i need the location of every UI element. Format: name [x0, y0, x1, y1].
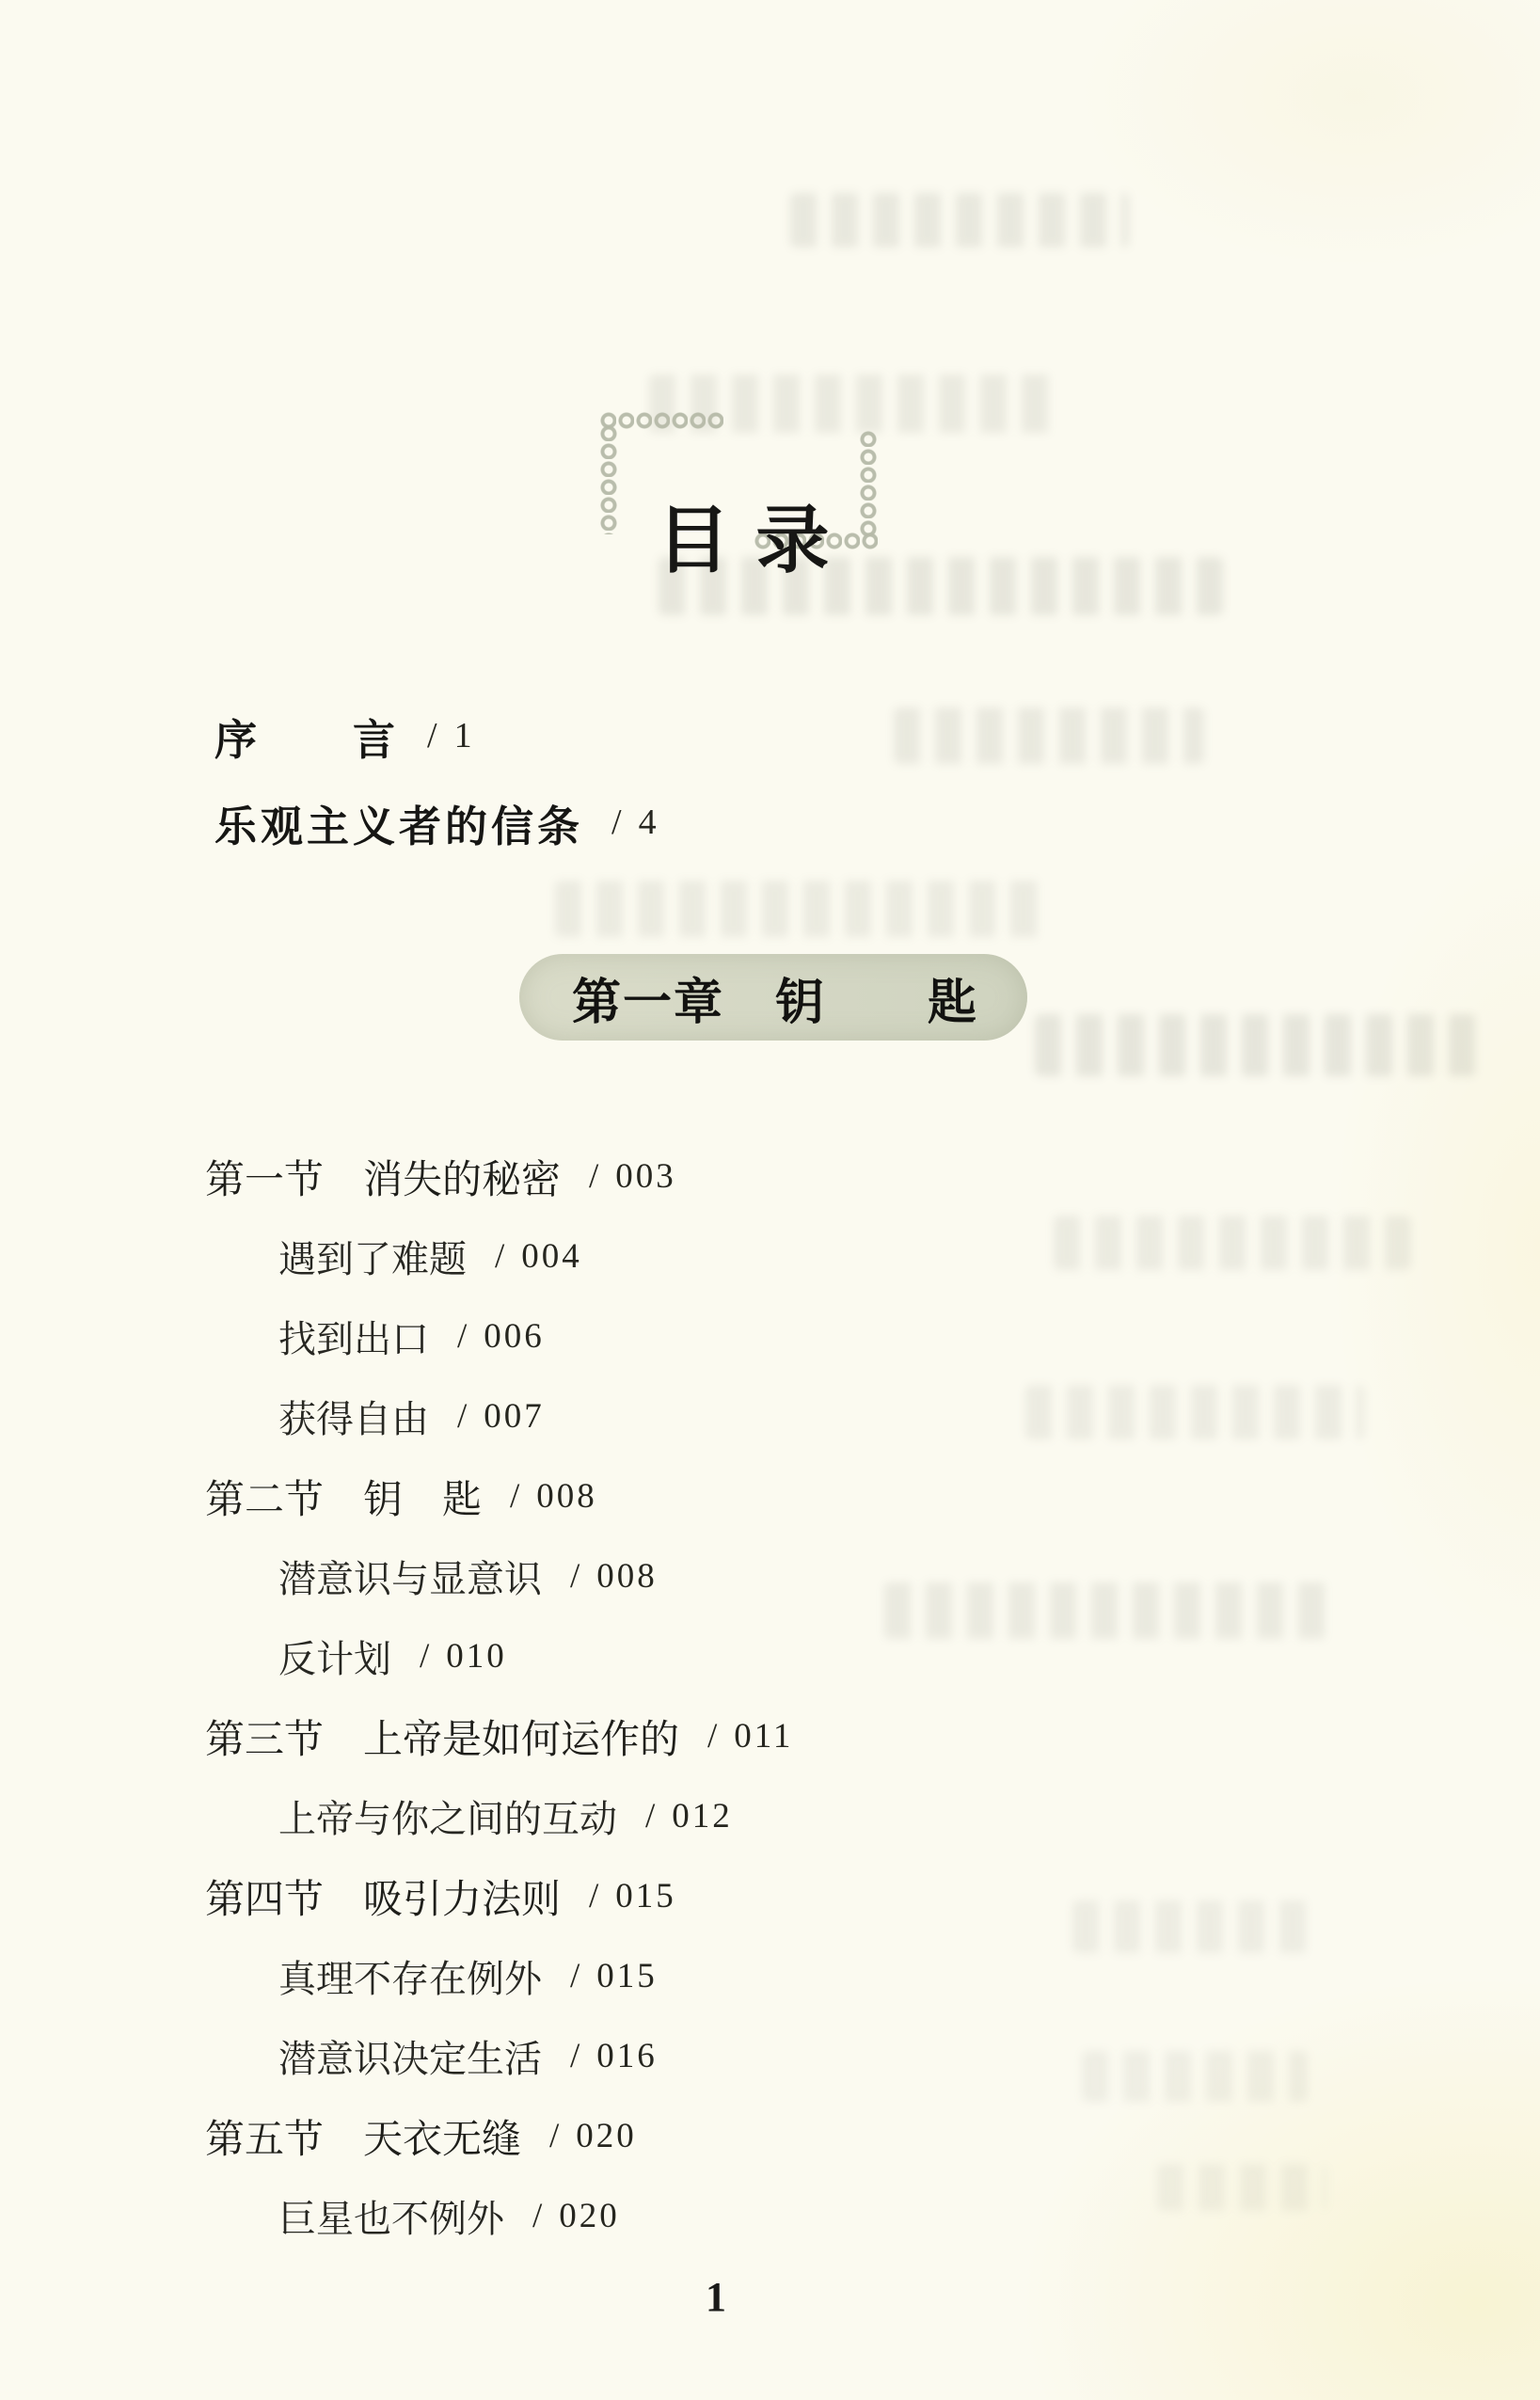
entry-label: 获得自由	[278, 1390, 429, 1443]
bleed-through-smudge	[884, 1582, 1326, 1639]
entry-page-number: /008	[510, 1476, 597, 1517]
page-title: 目 录	[657, 482, 834, 587]
bleed-through-smudge	[790, 193, 1129, 247]
entry-page-number: /4	[611, 802, 659, 843]
entry-label: 找到出口	[278, 1310, 429, 1363]
chapter-heading: 第一章 钥 匙	[519, 954, 1027, 1041]
toc-section-entry: 第二节 钥 匙/008	[205, 1456, 793, 1536]
entry-page-number: /020	[549, 2116, 637, 2156]
entry-label: 上帝与你之间的互动	[278, 1789, 617, 1843]
toc-subsection-entry: 找到出口/006	[205, 1296, 793, 1376]
toc-entry-preface: 序 言 /1	[214, 692, 659, 779]
entry-label: 第四节 吸引力法则	[205, 1868, 561, 1925]
entry-page-number: /004	[495, 1236, 582, 1277]
bleed-through-smudge	[1054, 1216, 1411, 1270]
toc-entry-optimist-creed: 乐观主义者的信条 /4	[214, 779, 659, 866]
bleed-through-smudge	[1035, 1014, 1477, 1076]
bleed-through-smudge	[1025, 1385, 1364, 1439]
entry-page-number: /015	[570, 1956, 658, 1996]
entry-page-number: /015	[589, 1876, 676, 1916]
entry-page-number: /012	[645, 1796, 733, 1836]
entry-page-number: /016	[570, 2036, 658, 2076]
bleed-through-smudge	[1082, 2051, 1308, 2102]
entry-label: 真理不存在例外	[278, 1949, 542, 2003]
entry-label: 潜意识与显意识	[278, 1550, 542, 1603]
page-number: 1	[706, 2273, 726, 2321]
page-title-block: 目 录	[598, 410, 881, 553]
toc-section-entry: 第三节 上帝是如何运作的/011	[205, 1696, 793, 1776]
toc-section-entry: 第一节 消失的秘密/003	[205, 1136, 793, 1216]
entry-label: 反计划	[278, 1629, 391, 1683]
entry-label: 乐观主义者的信条	[214, 792, 583, 853]
toc-subsection-entry: 巨星也不例外/020	[205, 2176, 793, 2256]
toc-section-entry: 第四节 吸引力法则/015	[205, 1856, 793, 1936]
toc-subsection-entry: 真理不存在例外/015	[205, 1936, 793, 2016]
entry-label: 第一节 消失的秘密	[205, 1149, 561, 1205]
scroll-ornament-bottom-right-icon	[858, 429, 879, 536]
entry-page-number: /007	[457, 1396, 545, 1437]
toc-subsection-entry: 潜意识与显意识/008	[205, 1536, 793, 1616]
entry-page-number: /010	[420, 1636, 507, 1677]
toc-subsection-entry: 遇到了难题/004	[205, 1216, 793, 1296]
chapter-heading-label: 第一章 钥 匙	[572, 962, 978, 1033]
entry-page-number: /006	[457, 1316, 545, 1357]
toc-list: 第一节 消失的秘密/003 遇到了难题/004 找到出口/006 获得自由/00…	[205, 1136, 793, 2256]
toc-subsection-entry: 上帝与你之间的互动/012	[205, 1776, 793, 1856]
toc-section-entry: 第五节 天衣无缝/020	[205, 2096, 793, 2176]
entry-page-number: /1	[427, 715, 475, 756]
toc-page: 目 录 序 言 /1 乐观主义者的信条 /4 第一章 钥 匙 第一节 消失的秘密…	[0, 0, 1540, 2400]
toc-subsection-entry: 反计划/010	[205, 1616, 793, 1696]
entry-label: 第五节 天衣无缝	[205, 2108, 521, 2165]
entry-page-number: /008	[570, 1556, 658, 1597]
front-matter-list: 序 言 /1 乐观主义者的信条 /4	[214, 692, 659, 866]
scroll-ornament-top-left-icon	[598, 423, 619, 534]
toc-subsection-entry: 潜意识决定生活/016	[205, 2016, 793, 2096]
bleed-through-smudge	[555, 881, 1044, 937]
entry-page-number: /020	[532, 2196, 620, 2236]
entry-page-number: /003	[589, 1156, 676, 1197]
bleed-through-smudge	[894, 707, 1204, 764]
entry-label: 巨星也不例外	[278, 2189, 504, 2243]
entry-label: 遇到了难题	[278, 1230, 467, 1283]
entry-label: 第三节 上帝是如何运作的	[205, 1709, 679, 1765]
entry-label: 序 言	[214, 706, 399, 767]
bleed-through-smudge	[1072, 1900, 1317, 1953]
entry-label: 第二节 钥 匙	[205, 1469, 482, 1525]
bleed-through-smudge	[1157, 2164, 1326, 2211]
entry-page-number: /011	[707, 1716, 793, 1756]
entry-label: 潜意识决定生活	[278, 2029, 542, 2083]
toc-subsection-entry: 获得自由/007	[205, 1376, 793, 1456]
